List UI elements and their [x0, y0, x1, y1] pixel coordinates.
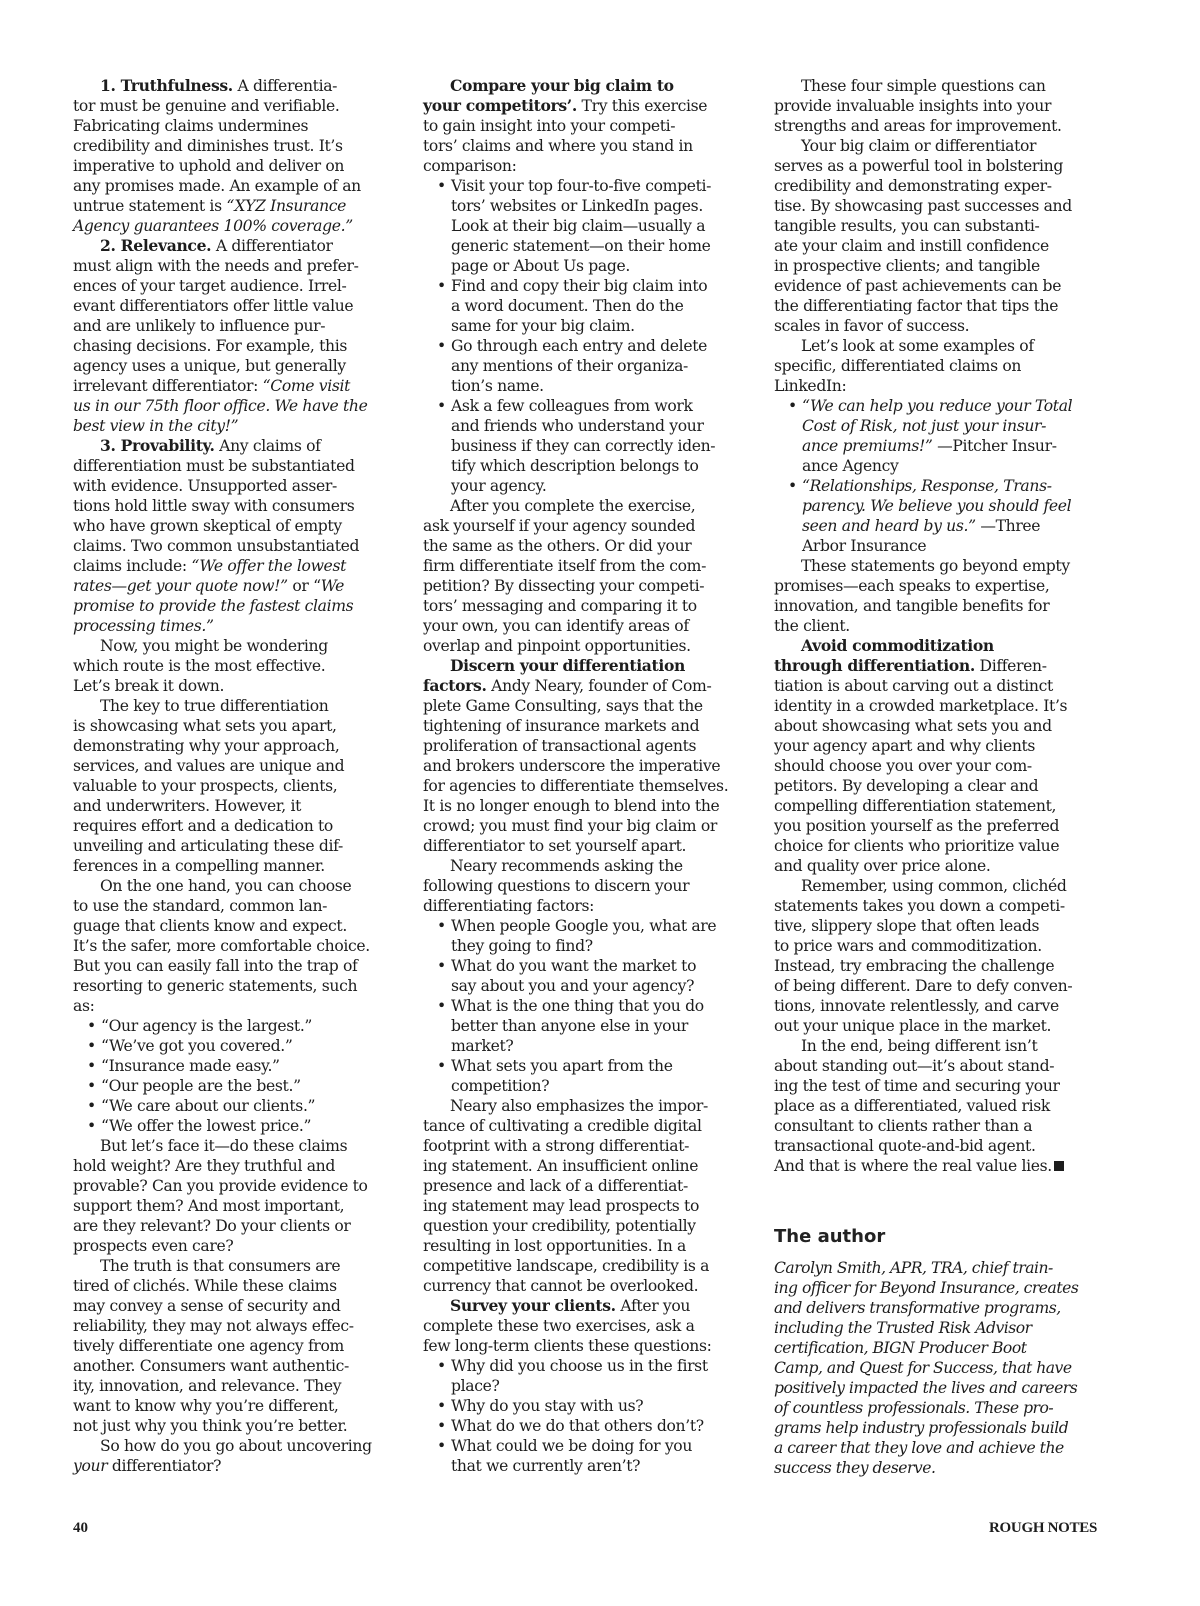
text-run: reliability, they may not always effec- [73, 1317, 354, 1335]
text-run: not just why you think you’re better. [73, 1417, 347, 1435]
text-run: and quality over price alone. [774, 857, 991, 875]
text-run: Remember, using common, clichéd [801, 877, 1067, 895]
text-run: These statements go beyond empty [801, 557, 1070, 575]
text-run: When people Google you, what are [451, 917, 716, 935]
text-line: want to know why you’re different, [73, 1396, 408, 1416]
text-run: ate your claim and instill confidence [774, 237, 1049, 255]
text-run: which route is the most effective. [73, 657, 325, 675]
italic-run: rates—get your quote now!” [73, 577, 288, 595]
text-run: ity, innovation, and relevance. They [73, 1377, 341, 1395]
bullet-list-line: What is the one thing that you do [423, 996, 758, 1016]
bullet-list-line: Why do you stay with us? [423, 1396, 758, 1416]
bold-run: Survey your clients. [450, 1296, 616, 1315]
text-run: your agency apart and why clients [774, 737, 1035, 755]
text-line: unveiling and articulating these dif- [73, 836, 408, 856]
text-line: Your big claim or differentiator [774, 136, 1109, 156]
text-line: resorting to generic statements, such [73, 976, 408, 996]
text-line: ences of your target audience. Irrel- [73, 276, 408, 296]
text-run: out your unique place in the market. [774, 1017, 1051, 1035]
text-run: imperative to uphold and deliver on [73, 157, 344, 175]
text-run: Ask a few colleagues from work [451, 397, 693, 415]
text-run: Why do you stay with us? [451, 1397, 643, 1415]
text-line: resulting in lost opportunities. In a [423, 1236, 758, 1256]
text-run: proliferation of transactional agents [423, 737, 696, 755]
text-run: statements takes you down a competi- [774, 897, 1065, 915]
bullet-list-line: they going to find? [423, 936, 758, 956]
text-line: services, and values are unique and [73, 756, 408, 776]
text-line: tired of clichés. While these claims [73, 1276, 408, 1296]
text-run: tify which description belongs to [451, 457, 699, 475]
bullet-list-line: ance Agency [774, 456, 1109, 476]
text-run: tance of cultivating a credible digital [423, 1117, 702, 1135]
text-run: with evidence. Unsupported asser- [73, 477, 337, 495]
text-run: tors’ messaging and comparing it to [423, 597, 697, 615]
text-run: resulting in lost opportunities. In a [423, 1237, 686, 1255]
italic-run: Cost of Risk, not just your insur- [802, 417, 1046, 435]
text-run: On the one hand, you can choose [100, 877, 351, 895]
text-run: crowd; you must find your big claim or [423, 817, 717, 835]
author-heading: The author [774, 1226, 885, 1247]
bullet-list-line: Look at their big claim—usually a [423, 216, 758, 236]
bullet-list-line: “Insurance made easy.” [73, 1056, 408, 1076]
italic-run: parency. We believe you should feel [802, 497, 1071, 515]
text-line: who have grown skeptical of empty [73, 516, 408, 536]
text-run: same for your big claim. [451, 317, 635, 335]
text-run: LinkedIn: [774, 377, 846, 395]
text-line: Discern your differentiation [423, 656, 758, 676]
text-run: services, and values are unique and [73, 757, 344, 775]
text-run: you position yourself as the preferred [774, 817, 1059, 835]
text-run: to use the standard, common lan- [73, 897, 327, 915]
italic-run: us in our 75th floor office. We have the [73, 397, 368, 415]
text-line: should choose you over your com- [774, 756, 1109, 776]
text-run: Arbor Insurance [802, 537, 926, 555]
text-run: strengths and areas for improvement. [774, 117, 1062, 135]
text-run: tor must be genuine and verifiable. [73, 97, 340, 115]
author-bio-line: grams help industry professionals build [774, 1418, 1114, 1438]
text-line: your agency apart and why clients [774, 736, 1109, 756]
italic-run: processing times.” [73, 617, 214, 635]
text-run: Neary also emphasizes the impor- [450, 1097, 708, 1115]
text-run: and brokers underscore the imperative [423, 757, 720, 775]
text-line: innovation, and tangible benefits for [774, 596, 1109, 616]
text-line: differentiating factors: [423, 896, 758, 916]
text-run: Andy Neary, founder of Com- [487, 677, 712, 695]
bullet-list-line: competition? [423, 1076, 758, 1096]
text-line: and brokers underscore the imperative [423, 756, 758, 776]
text-line: your own, you can identify areas of [423, 616, 758, 636]
text-run: a word document. Then do the [451, 297, 684, 315]
text-line: ferences in a compelling manner. [73, 856, 408, 876]
text-run: overlap and pinpoint opportunities. [423, 637, 691, 655]
text-run: credibility and diminishes trust. It’s [73, 137, 343, 155]
page-number: 40 [73, 1520, 88, 1537]
text-line: chasing decisions. For example, this [73, 336, 408, 356]
text-line: provable? Can you provide evidence to [73, 1176, 408, 1196]
text-run: And that is where the real value lies. [774, 1157, 1052, 1175]
bold-run: 2. Relevance. [100, 236, 211, 255]
text-run: of being different. Dare to defy conven- [774, 977, 1072, 995]
bullet-list-line: When people Google you, what are [423, 916, 758, 936]
text-line: proliferation of transactional agents [423, 736, 758, 756]
text-line: imperative to uphold and deliver on [73, 156, 408, 176]
text-run: claims. Two common unsubstantiated [73, 537, 359, 555]
text-line: And that is where the real value lies. [774, 1156, 1109, 1176]
text-run: support them? And most important, [73, 1197, 344, 1215]
text-line: tor must be genuine and verifiable. [73, 96, 408, 116]
text-run: and underwriters. However, it [73, 797, 301, 815]
text-line: On the one hand, you can choose [73, 876, 408, 896]
bullet-list-line: What do you want the market to [423, 956, 758, 976]
text-line: specific, differentiated claims on [774, 356, 1109, 376]
text-run: The key to true differentiation [100, 697, 329, 715]
text-run: These four simple questions can [801, 77, 1046, 95]
bullet-list-line: “We offer the lowest price.” [73, 1116, 408, 1136]
text-run: Differen- [975, 657, 1047, 675]
text-line: petition? By dissecting your competi- [423, 576, 758, 596]
text-run: agency uses a unique, but generally [73, 357, 346, 375]
text-line: ing statement. An insufficient online [423, 1156, 758, 1176]
text-line: us in our 75th floor office. We have the [73, 396, 408, 416]
text-run: serves as a powerful tool in bolstering [774, 157, 1063, 175]
text-run: What sets you apart from the [451, 1057, 673, 1075]
text-run: “We care about our clients.” [101, 1097, 315, 1115]
text-line: not just why you think you’re better. [73, 1416, 408, 1436]
text-line: factors. Andy Neary, founder of Com- [423, 676, 758, 696]
text-run: tors’ claims and where you stand in [423, 137, 693, 155]
text-run: must align with the needs and prefer- [73, 257, 359, 275]
text-line: scales in favor of success. [774, 316, 1109, 336]
text-line: promises—each speaks to expertise, [774, 576, 1109, 596]
text-run: that we currently aren’t? [451, 1457, 640, 1475]
publication-name: ROUGH NOTES [989, 1520, 1097, 1537]
text-run: prospects even care? [73, 1237, 233, 1255]
text-line: tise. By showcasing past successes and [774, 196, 1109, 216]
text-line: support them? And most important, [73, 1196, 408, 1216]
text-run: innovation, and tangible benefits for [774, 597, 1049, 615]
bullet-list-line: “Our people are the best.” [73, 1076, 408, 1096]
text-line: ing the test of time and securing your [774, 1076, 1109, 1096]
text-run: or “ [288, 577, 321, 595]
text-run: comparison: [423, 157, 516, 175]
text-run: any mentions of their organiza- [451, 357, 688, 375]
text-line: through differentiation. Differen- [774, 656, 1109, 676]
text-run: ask yourself if your agency sounded [423, 517, 695, 535]
text-run: —Three [976, 517, 1040, 535]
text-run: any promises made. An example of an [73, 177, 361, 195]
text-run: —Pitcher Insur- [933, 437, 1057, 455]
text-run: credibility and demonstrating exper- [774, 177, 1052, 195]
text-line: tions hold little sway with consumers [73, 496, 408, 516]
text-run: In the end, being different isn’t [801, 1037, 1037, 1055]
text-run: plete Game Consulting, says that the [423, 697, 703, 715]
text-run: claims include: [73, 557, 191, 575]
text-line: reliability, they may not always effec- [73, 1316, 408, 1336]
text-line: Neary recommends asking the [423, 856, 758, 876]
bold-run: Avoid commoditization [801, 636, 994, 655]
bullet-list-line: tify which description belongs to [423, 456, 758, 476]
author-bio-line: positively impacted the lives and career… [774, 1378, 1114, 1398]
text-line: of being different. Dare to defy conven- [774, 976, 1109, 996]
text-run: are they relevant? Do your clients or [73, 1217, 350, 1235]
text-run: But let’s face it—do these claims [100, 1137, 347, 1155]
text-line: ing statement may lead prospects to [423, 1196, 758, 1216]
text-line: the client. [774, 616, 1109, 636]
text-run: “Our agency is the largest.” [101, 1017, 312, 1035]
text-run: “Our people are the best.” [101, 1077, 301, 1095]
text-run: It’s the safer, more comfortable choice. [73, 937, 370, 955]
text-line: transactional quote-and-bid agent. [774, 1136, 1109, 1156]
text-line: Let’s look at some examples of [774, 336, 1109, 356]
text-run: hold weight? Are they truthful and [73, 1157, 335, 1175]
text-run: page or About Us page. [451, 257, 630, 275]
text-run: ance Agency [802, 457, 898, 475]
text-line: tors’ claims and where you stand in [423, 136, 758, 156]
text-run: the same as the others. Or did your [423, 537, 691, 555]
text-line: tive, slippery slope that often leads [774, 916, 1109, 936]
bullet-list-line: ance premiums!” —Pitcher Insur- [774, 436, 1109, 456]
text-line: rates—get your quote now!” or “We [73, 576, 408, 596]
author-bio-line: Camp, and Quest for Success, that have [774, 1358, 1114, 1378]
text-run: provide invaluable insights into your [774, 97, 1051, 115]
text-run: Look at their big claim—usually a [451, 217, 705, 235]
text-line: guage that clients know and expect. [73, 916, 408, 936]
bullet-list-line: parency. We believe you should feel [774, 496, 1109, 516]
text-run: about showcasing what sets you and [774, 717, 1052, 735]
end-of-article-square-icon [1054, 1161, 1064, 1171]
text-run: Neary recommends asking the [450, 857, 683, 875]
text-run: But you can easily fall into the trap of [73, 957, 357, 975]
text-line: ask yourself if your agency sounded [423, 516, 758, 536]
text-line: irrelevant differentiator: “Come visit [73, 376, 408, 396]
bullet-list-line: page or About Us page. [423, 256, 758, 276]
text-line: After you complete the exercise, [423, 496, 758, 516]
text-run: competitive landscape, credibility is a [423, 1257, 709, 1275]
text-line: Now, you might be wondering [73, 636, 408, 656]
text-run: evidence of past achievements can be [774, 277, 1061, 295]
text-line: you position yourself as the preferred [774, 816, 1109, 836]
text-line: These four simple questions can [774, 76, 1109, 96]
text-run: tise. By showcasing past successes and [774, 197, 1072, 215]
text-run: petition? By dissecting your competi- [423, 577, 704, 595]
text-line: about showcasing what sets you and [774, 716, 1109, 736]
bullet-list-line: What do we do that others don’t? [423, 1416, 758, 1436]
text-line: may convey a sense of security and [73, 1296, 408, 1316]
text-run: presence and lack of a differentiat- [423, 1177, 688, 1195]
text-line: ity, innovation, and relevance. They [73, 1376, 408, 1396]
text-run: your agency. [451, 477, 546, 495]
bullet-list-line: What sets you apart from the [423, 1056, 758, 1076]
text-run: differentiation must be substantiated [73, 457, 355, 475]
text-run: The truth is that consumers are [100, 1257, 340, 1275]
bullet-list-line: “We care about our clients.” [73, 1096, 408, 1116]
bullet-list-line: Go through each entry and delete [423, 336, 758, 356]
text-line: and quality over price alone. [774, 856, 1109, 876]
text-run: they going to find? [451, 937, 593, 955]
text-run: Now, you might be wondering [100, 637, 328, 655]
bullet-list-line: tors’ websites or LinkedIn pages. [423, 196, 758, 216]
text-run: Why did you choose us in the first [451, 1357, 708, 1375]
text-line: But let’s face it—do these claims [73, 1136, 408, 1156]
text-run: tired of clichés. While these claims [73, 1277, 337, 1295]
bullet-list-line: same for your big claim. [423, 316, 758, 336]
text-line: about standing out—it’s about stand- [774, 1056, 1109, 1076]
text-run: footprint with a strong differentiat- [423, 1137, 689, 1155]
text-run: compelling differentiation statement, [774, 797, 1056, 815]
text-run: identity in a crowded marketplace. It’s [774, 697, 1067, 715]
text-run: After you [616, 1297, 690, 1315]
article-column-3: These four simple questions canprovide i… [774, 76, 1109, 1176]
bullet-list-line: your agency. [423, 476, 758, 496]
text-line: comparison: [423, 156, 758, 176]
text-line: as: [73, 996, 408, 1016]
bullet-list-line: Cost of Risk, not just your insur- [774, 416, 1109, 436]
text-run: market? [451, 1037, 513, 1055]
text-line: Neary also emphasizes the impor- [423, 1096, 758, 1116]
text-line: The truth is that consumers are [73, 1256, 408, 1276]
text-run: should choose you over your com- [774, 757, 1032, 775]
text-run: chasing decisions. For example, this [73, 337, 347, 355]
bold-run: 3. Provability. [100, 436, 215, 455]
bullet-list-line: that we currently aren’t? [423, 1456, 758, 1476]
bullet-list-line: and friends who understand your [423, 416, 758, 436]
bullet-list-line: seen and heard by us.” —Three [774, 516, 1109, 536]
text-line: crowd; you must find your big claim or [423, 816, 758, 836]
text-run: and friends who understand your [451, 417, 704, 435]
text-line: claims. Two common unsubstantiated [73, 536, 408, 556]
text-run: choice for clients who prioritize value [774, 837, 1059, 855]
text-line: another. Consumers want authentic- [73, 1356, 408, 1376]
text-line: complete these two exercises, ask a [423, 1316, 758, 1336]
text-run: tive, slippery slope that often leads [774, 917, 1039, 935]
text-line: presence and lack of a differentiat- [423, 1176, 758, 1196]
text-line: 2. Relevance. A differentiator [73, 236, 408, 256]
text-run: who have grown skeptical of empty [73, 517, 342, 535]
text-run: petitors. By developing a clear and [774, 777, 1038, 795]
bullet-list-line: a word document. Then do the [423, 296, 758, 316]
text-run: scales in favor of success. [774, 317, 969, 335]
text-line: 1. Truthfulness. A differentia- [73, 76, 408, 96]
text-run: generic statement—on their home [451, 237, 711, 255]
text-run: competition? [451, 1077, 549, 1095]
text-line: place as a differentiated, valued risk [774, 1096, 1109, 1116]
text-line: compelling differentiation statement, [774, 796, 1109, 816]
text-line: serves as a powerful tool in bolstering [774, 156, 1109, 176]
italic-run: your [73, 1457, 107, 1475]
text-line: claims include: “We offer the lowest [73, 556, 408, 576]
text-run: valuable to your prospects, clients, [73, 777, 337, 795]
text-run: ing statement may lead prospects to [423, 1197, 699, 1215]
text-run: tiation is about carving out a distinct [774, 677, 1053, 695]
text-line: LinkedIn: [774, 376, 1109, 396]
text-line: to gain insight into your competi- [423, 116, 758, 136]
text-line: In the end, being different isn’t [774, 1036, 1109, 1056]
text-run: the client. [774, 617, 850, 635]
text-run: and are unlikely to influence pur- [73, 317, 325, 335]
text-run: tightening of insurance markets and [423, 717, 699, 735]
text-run: unveiling and articulating these dif- [73, 837, 343, 855]
text-run: resorting to generic statements, such [73, 977, 357, 995]
bullet-list-line: business if they can correctly iden- [423, 436, 758, 456]
italic-run: seen and heard by us.” [802, 517, 976, 535]
text-run: It is no longer enough to blend into the [423, 797, 719, 815]
text-line: It’s the safer, more comfortable choice. [73, 936, 408, 956]
text-line: the differentiating factor that tips the [774, 296, 1109, 316]
text-line: to use the standard, common lan- [73, 896, 408, 916]
italic-run: We [321, 577, 344, 595]
text-line: Avoid commoditization [774, 636, 1109, 656]
text-run: “Insurance made easy.” [101, 1057, 280, 1075]
text-line: It is no longer enough to blend into the [423, 796, 758, 816]
text-line: promise to provide the fastest claims [73, 596, 408, 616]
text-run: is showcasing what sets you apart, [73, 717, 337, 735]
italic-run: “We can help you reduce your Total [802, 397, 1072, 415]
bullet-list-line: tion’s name. [423, 376, 758, 396]
article-column-2: Compare your big claim toyour competitor… [423, 76, 758, 1476]
text-line: overlap and pinpoint opportunities. [423, 636, 758, 656]
text-line: which route is the most effective. [73, 656, 408, 676]
text-line: best view in the city!” [73, 416, 408, 436]
text-run: the differentiating factor that tips the [774, 297, 1058, 315]
text-line: hold weight? Are they truthful and [73, 1156, 408, 1176]
text-run: “We offer the lowest price.” [101, 1117, 311, 1135]
text-run: place? [451, 1377, 500, 1395]
text-line: tance of cultivating a credible digital [423, 1116, 758, 1136]
text-run: What do you want the market to [451, 957, 696, 975]
text-line: tively differentiate one agency from [73, 1336, 408, 1356]
text-run: specific, differentiated claims on [774, 357, 1021, 375]
text-run: to price wars and commoditization. [774, 937, 1042, 955]
bold-run: 1. Truthfulness. [100, 76, 233, 95]
author-bio-line: ing officer for Beyond Insurance, create… [774, 1278, 1114, 1298]
text-line: few long-term clients these questions: [423, 1336, 758, 1356]
bullet-list-line: Find and copy their big claim into [423, 276, 758, 296]
text-run: tively differentiate one agency from [73, 1337, 344, 1355]
text-run: differentiator to set yourself apart. [423, 837, 686, 855]
text-run: Fabricating claims undermines [73, 117, 308, 135]
bullet-list-line: “We’ve got you covered.” [73, 1036, 408, 1056]
text-line: competitive landscape, credibility is a [423, 1256, 758, 1276]
text-line: credibility and demonstrating exper- [774, 176, 1109, 196]
text-line: and are unlikely to influence pur- [73, 316, 408, 336]
text-run: your own, you can identify areas of [423, 617, 689, 635]
text-line: processing times.” [73, 616, 408, 636]
text-line: tangible results, you can substanti- [774, 216, 1109, 236]
text-run: tions hold little sway with consumers [73, 497, 354, 515]
text-line: tors’ messaging and comparing it to [423, 596, 758, 616]
text-run: After you complete the exercise, [450, 497, 695, 515]
bullet-list-line: Visit your top four-to-five competi- [423, 176, 758, 196]
text-line: for agencies to differentiate themselves… [423, 776, 758, 796]
text-line: consultant to clients rather than a [774, 1116, 1109, 1136]
text-line: Survey your clients. After you [423, 1296, 758, 1316]
text-run: consultant to clients rather than a [774, 1117, 1032, 1135]
italic-run: best view in the city!” [73, 417, 238, 435]
text-run: ences of your target audience. Irrel- [73, 277, 346, 295]
bold-run: factors. [423, 676, 487, 695]
author-bio-line: certification, BIGN Producer Boot [774, 1338, 1114, 1358]
text-run: Go through each entry and delete [451, 337, 707, 355]
text-line: agency uses a unique, but generally [73, 356, 408, 376]
bullet-list-line: What could we be doing for you [423, 1436, 758, 1456]
text-line: differentiation must be substantiated [73, 456, 408, 476]
bold-run: Compare your big claim to [450, 76, 674, 95]
text-line: credibility and diminishes trust. It’s [73, 136, 408, 156]
text-run: say about you and your agency? [451, 977, 694, 995]
text-run: tion’s name. [451, 377, 544, 395]
text-line: Agency guarantees 100% coverage.” [73, 216, 408, 236]
text-line: tiation is about carving out a distinct [774, 676, 1109, 696]
